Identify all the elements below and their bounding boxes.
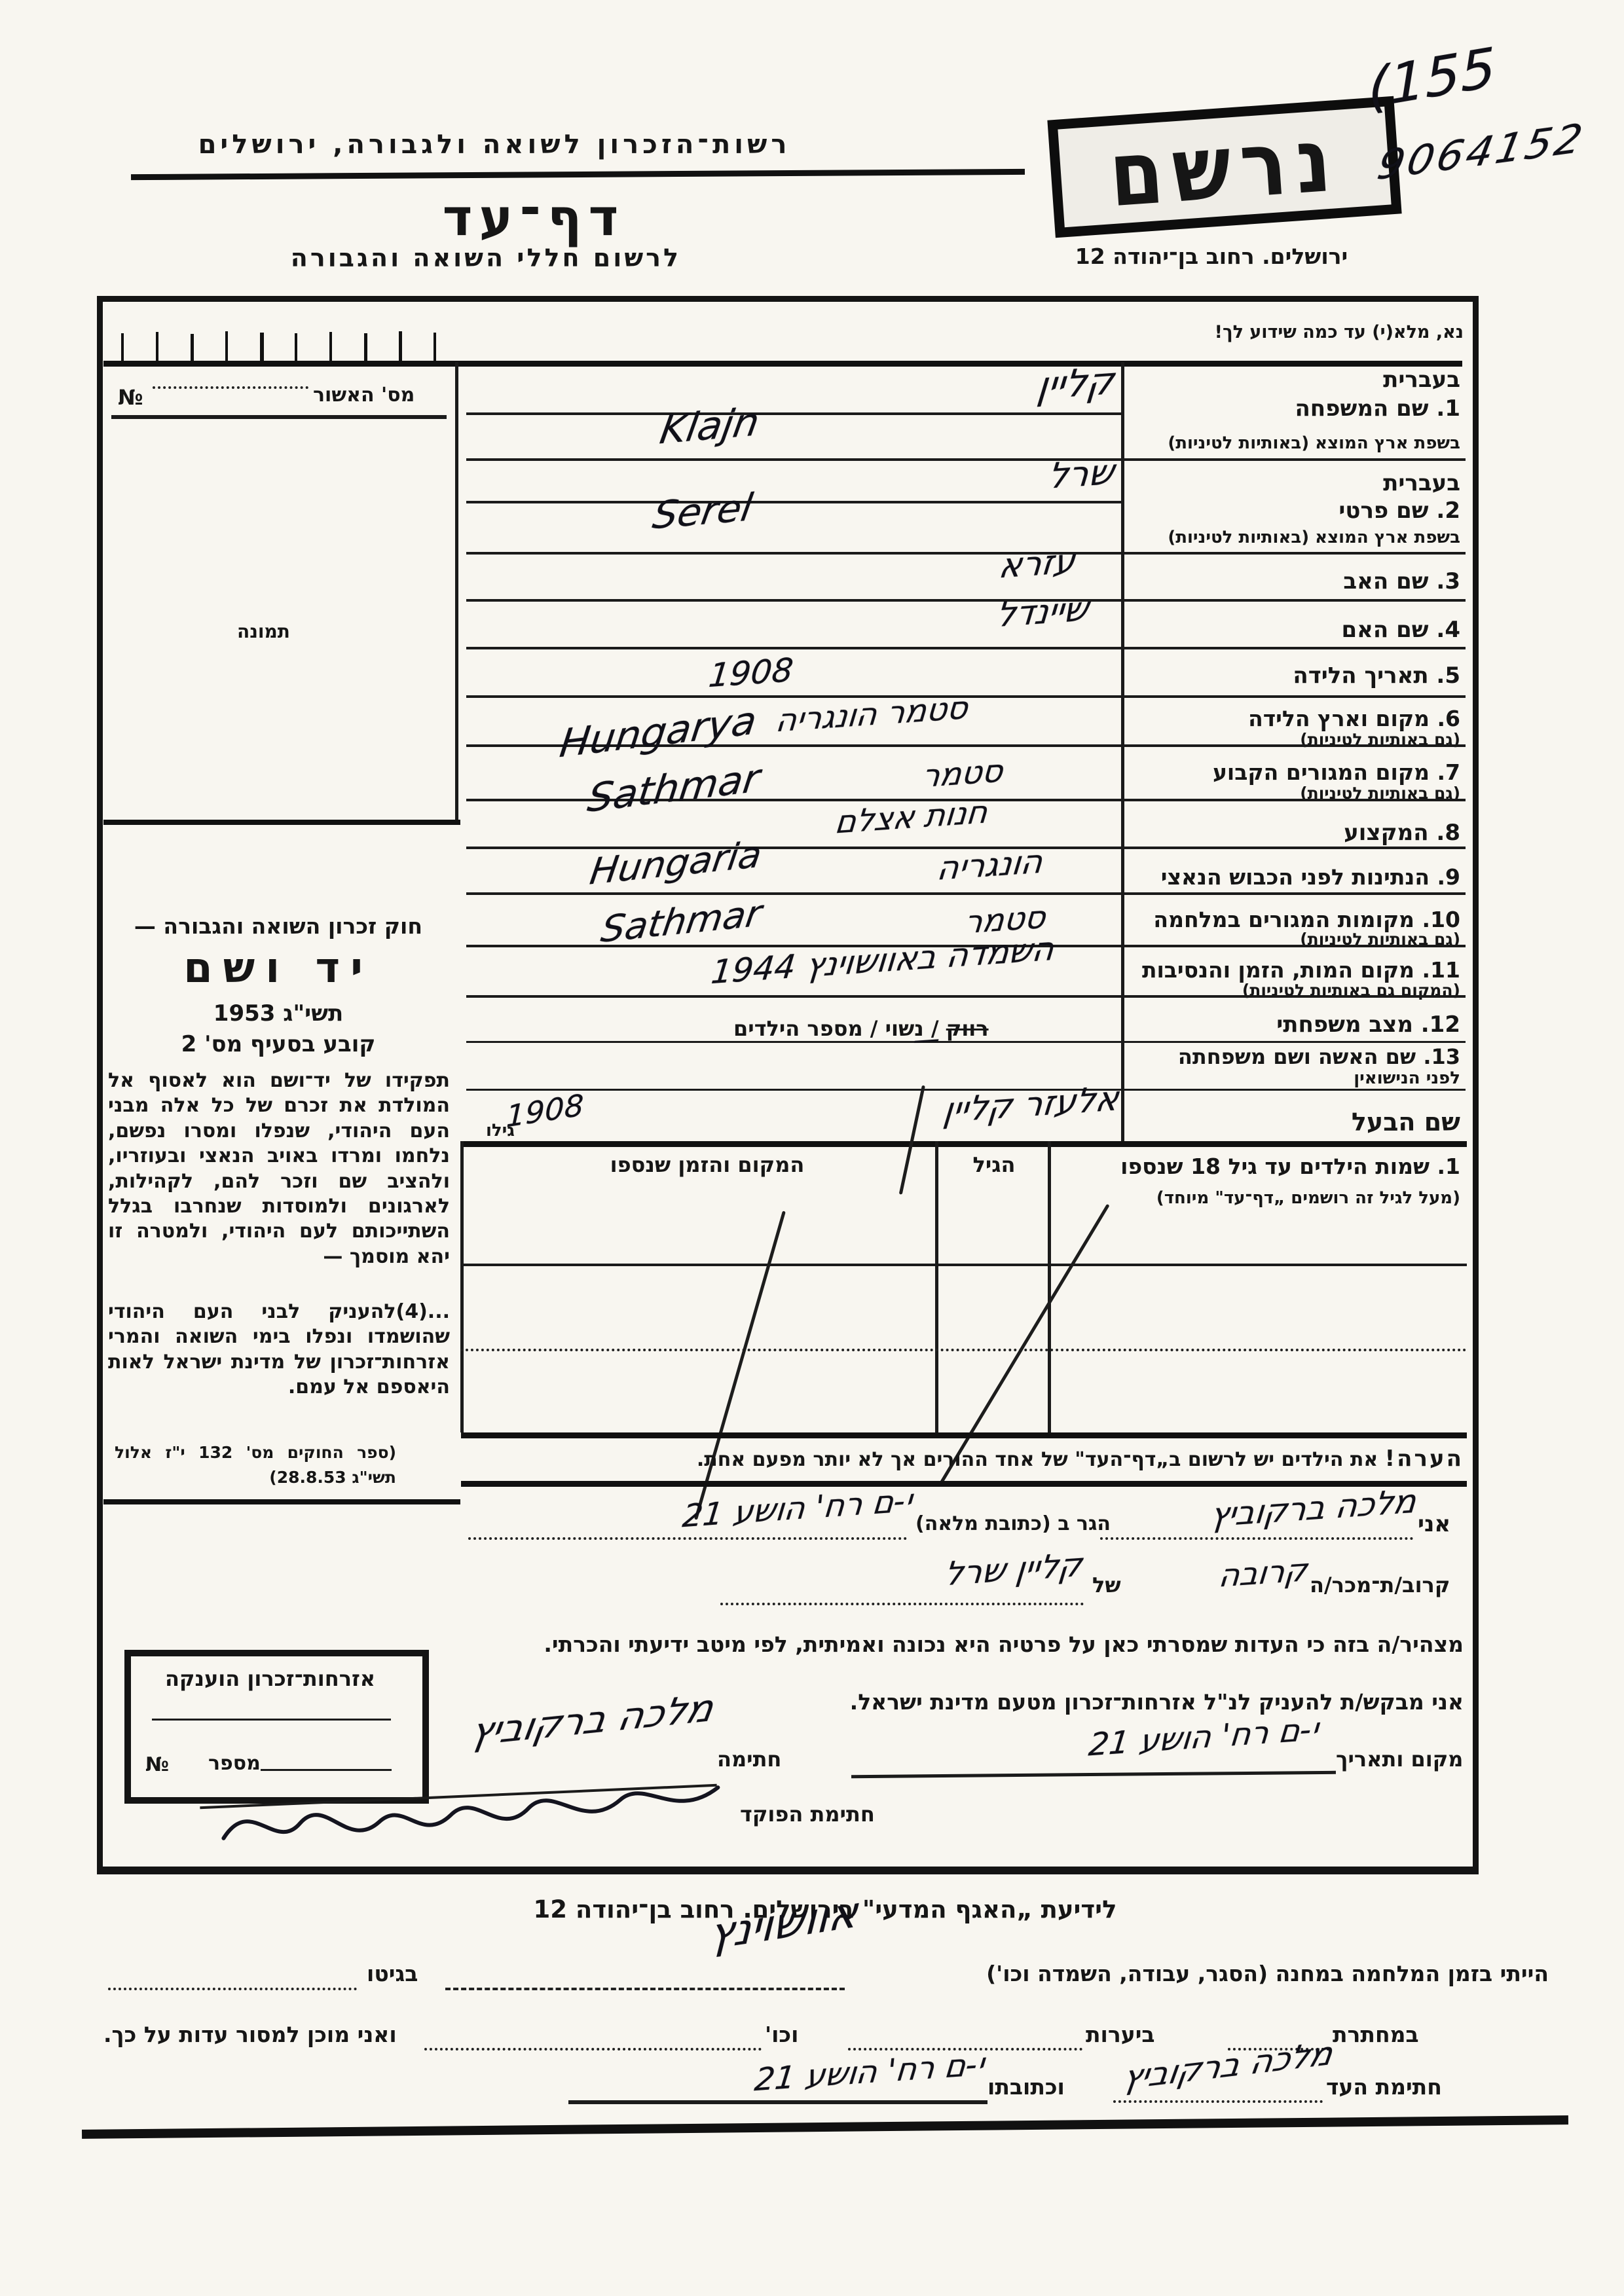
note-line: הערה! את הילדים יש לרשום ב„דף־העד" של אח… — [468, 1446, 1464, 1472]
photo-label: תמונה — [237, 621, 290, 642]
approval-blank — [153, 386, 308, 389]
law-ref: (ספר החוקים מס' 132 י"ז אלול תשי"ג 28.8.… — [115, 1440, 396, 1489]
field11-label: 11. מקום המות, הזמן והנסיבות — [1130, 957, 1460, 983]
approval-label: מס' האשור — [313, 384, 415, 407]
citizenship-number-symbol: № — [145, 1753, 169, 1776]
registered-stamp: נרשם — [1047, 96, 1401, 238]
form-top-rule — [103, 361, 1462, 367]
citizenship-box-line — [152, 1719, 391, 1721]
etc-label: וכו' — [765, 2022, 798, 2047]
camp-line: הייתי בזמן המלחמה במחנה (הסגר, עבודה, הש… — [851, 1961, 1549, 1986]
rule-family-lat — [466, 458, 1466, 461]
decl-address-label: הגר ב (כתובת מלאה) — [915, 1512, 1111, 1535]
registered-stamp-text: נרשם — [1106, 107, 1343, 227]
header-rule — [131, 169, 1025, 180]
children-col-line-2 — [1048, 1141, 1051, 1432]
underground-label: במחתרת — [1333, 2022, 1419, 2047]
field13-sub: לפני הנישואין — [1130, 1068, 1460, 1088]
address-line: ירושלים. רחוב בן־יהודה 12 — [1054, 244, 1369, 269]
field9-label: 9. הנתינות לפני הכבוש הנאצי — [1130, 864, 1460, 890]
archive-scribble-handwritten: 9064152 — [1374, 114, 1589, 189]
decl-statement: מצהיר/ה בזה כי העדות שמסרתי כאן על פרטיה… — [445, 1631, 1464, 1657]
decl-relation-label: קרוב/ת־מכר/ה — [1310, 1573, 1450, 1597]
witness-address-rule — [568, 2100, 987, 2104]
approval-rule — [111, 415, 447, 419]
sidebar-top-rule — [103, 820, 460, 825]
forests-label: ביערות — [1086, 2022, 1155, 2047]
decl-name-blank — [1100, 1537, 1413, 1540]
law-year: תשי"ג 1953 — [111, 1000, 445, 1027]
field5-label: 5. תאריך הלידה — [1130, 663, 1460, 689]
law-text: תפקידו של יד־ושם הוא לאסוף אל המולדת את … — [108, 1068, 450, 1269]
rule-mother — [466, 647, 1466, 649]
field3-label: 3. שם האב — [1130, 568, 1460, 594]
sidebar-bottom-rule — [103, 1499, 460, 1504]
note-text: את הילדים יש לרשום ב„דף־העד" של אחד ההור… — [697, 1448, 1385, 1471]
decl-request: אני מבקש/ת להעניק לנ"ל אזרחות־זכרון מטעם… — [714, 1689, 1464, 1715]
field2-label: 2. שם פרטי — [1130, 498, 1460, 524]
testimony-page-scan: רשות־הזכרון לשואה ולגבורה, ירושלים דף־עד… — [0, 0, 1624, 2296]
note-title: הערה! — [1385, 1446, 1464, 1472]
children-top-rule — [460, 1141, 1467, 1147]
children-col-line-1 — [935, 1141, 938, 1432]
page-bottom-rule — [82, 2115, 1568, 2139]
children-row-rule-2 — [460, 1349, 1467, 1351]
witness-address-label: וכתובתו — [987, 2074, 1065, 2100]
label-column-separator — [1121, 362, 1124, 1142]
rule-marital — [466, 1041, 1466, 1043]
hw-children-count-dash: — — [912, 1024, 941, 1056]
instruction: נא, מלא(י) עד כמה שידוע לך! — [1300, 322, 1464, 342]
ready-label: ואני מוכן למסור עדות על כך. — [103, 2022, 397, 2047]
marital-option-single: רווק — [946, 1016, 989, 1041]
decl-address-blank — [468, 1537, 907, 1540]
field6-label: 6. מקום וארץ הלידה — [1130, 706, 1460, 731]
marital-options: רווק / נשוי / מספר הילדים — [733, 1016, 989, 1041]
signature-label: חתימה — [717, 1747, 781, 1772]
field1-label: 1. שם המשפחה — [1130, 395, 1460, 422]
children-row-rule-1 — [460, 1264, 1467, 1266]
witness-signature-label: חתימת העד — [1326, 2074, 1442, 2100]
rule-citizenship — [466, 892, 1466, 895]
field10-label: 10. מקומות המגורים במלחמה — [1130, 907, 1460, 932]
children-sub: (מעל לגיל זה רושמים „דף־עד" מיוחד) — [1130, 1188, 1460, 1208]
ghetto-blank — [108, 1988, 357, 1990]
rule-family-he — [466, 412, 1121, 415]
law-heading: חוק זכרון השואה והגבורה — — [111, 913, 445, 939]
place-date-label: מקום ותאריך — [1336, 1747, 1463, 1772]
law-clause-intro: קובע בסעיף מס' 2 — [111, 1031, 445, 1057]
decl-victim-blank — [720, 1603, 1084, 1605]
decl-of-label: של — [1092, 1573, 1121, 1597]
field8-label: 8. המקצוע — [1130, 820, 1460, 846]
children-label: 1. שמות הילדים עד גיל 18 שנספו — [1130, 1154, 1460, 1179]
form-subtitle: לרשום חללי השואה והגבורה — [308, 244, 681, 272]
file-number-handwritten: 155) — [1367, 35, 1496, 120]
law-title: יד ושם — [111, 944, 445, 993]
approval-number-symbol: № — [118, 385, 143, 410]
citizenship-box-title: אזרחות־זכרון הוענקה — [131, 1666, 409, 1691]
note-top-rule — [461, 1432, 1467, 1438]
field12-label: 12. מצב משפחתי — [1130, 1011, 1460, 1038]
children-col-place: המקום והזמן שנספו — [498, 1152, 917, 1177]
field4-label: 4. שם האם — [1130, 617, 1460, 643]
clerk-signature-label: חתימת הפוקד — [740, 1802, 875, 1827]
form-title: דף־עד — [419, 189, 648, 247]
org-title: רשות־הזכרון לשואה ולגבורה, ירושלים — [177, 130, 812, 160]
children-left-edge — [460, 1141, 464, 1432]
note-bottom-rule — [461, 1481, 1467, 1487]
decl-i-label: אני — [1418, 1511, 1450, 1537]
husband-label: שם הבעל — [1130, 1108, 1460, 1137]
field13-label: 13. שם האשה ושם משפחתה — [1130, 1044, 1460, 1069]
field1-lang: בעברית — [1130, 367, 1460, 393]
field2-sub: בשפת ארץ המוצא (באותיות לטיניות) — [1130, 528, 1460, 547]
ruler-ticks — [121, 331, 435, 362]
etc-blank — [424, 2048, 762, 2050]
field1-sub: בשפת ארץ המוצא (באותיות לטיניות) — [1130, 433, 1460, 453]
camp-blank — [445, 1988, 845, 1990]
field7-label: 7. מקום המגורים הקבוע — [1130, 759, 1460, 785]
children-col-age: הגיל — [942, 1152, 1046, 1177]
field2-lang: בעברית — [1130, 470, 1460, 496]
photo-separator — [455, 362, 458, 822]
law-clause: ...(4)להעניק לבני העם היהודי שהושמדו ונפ… — [108, 1300, 450, 1400]
witness-signature-blank — [1113, 2100, 1323, 2103]
ghetto-label: בגיטו — [367, 1961, 418, 1986]
